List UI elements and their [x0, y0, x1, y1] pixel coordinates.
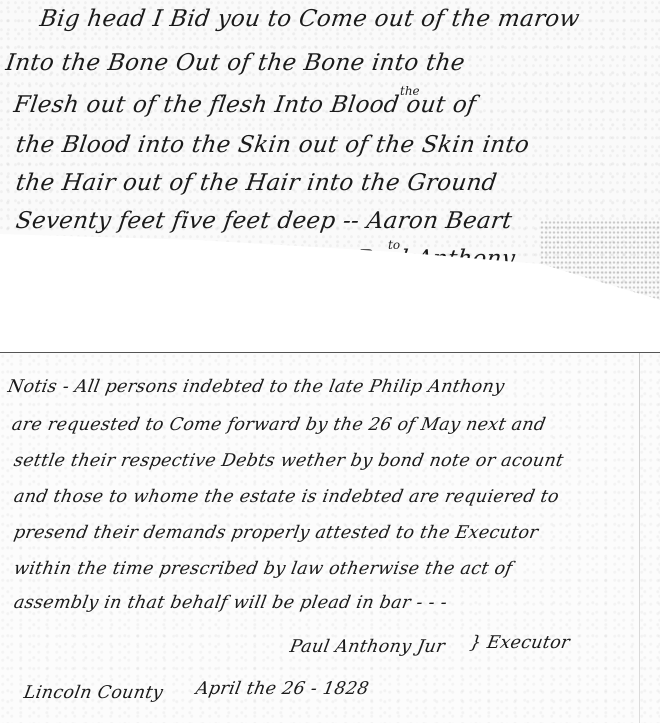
notice-line-6: within the time prescribed by law otherw… [12, 559, 514, 579]
notice-line-4: and those to whome the estate is indebte… [12, 487, 560, 507]
executor-role: } Executor [468, 633, 571, 653]
notice-date: April the 26 - 1828 [194, 679, 370, 699]
cure-line-2: Into the Bone Out of the Bone into the [4, 50, 466, 76]
cure-line-4: the Blood into the Skin out of the Skin … [14, 132, 531, 158]
notice-line-2: are requested to Come forward by the 26 … [10, 415, 547, 435]
notice-line-3: settle their respective Debts wether by … [12, 451, 565, 471]
paper-stain [540, 220, 660, 300]
cure-insert-to: to [388, 238, 400, 252]
cure-slip: Big head I Bid you to Come out of the ma… [0, 0, 660, 300]
paper-edge [639, 353, 640, 723]
cure-line-5: the Hair out of the Hair into the Ground [14, 170, 498, 196]
cure-line-7: Cure for the growen bone -- Paul Anthony [14, 246, 517, 272]
notice-line-7: assembly in that behalf will be plead in… [12, 593, 448, 613]
notice-line-1: Notis - All persons indebted to the late… [6, 377, 506, 397]
executor-notice: Notis - All persons indebted to the late… [0, 352, 660, 723]
executor-signature: Paul Anthony Jur [288, 637, 446, 657]
cure-insert-the: the [400, 84, 420, 98]
cure-line-6: Seventy feet five feet deep -- Aaron Bea… [14, 208, 514, 234]
notice-place: Lincoln County [22, 683, 164, 703]
notice-line-5: presend their demands properly attested … [12, 523, 540, 543]
cure-line-1: Big head I Bid you to Come out of the ma… [38, 6, 581, 32]
